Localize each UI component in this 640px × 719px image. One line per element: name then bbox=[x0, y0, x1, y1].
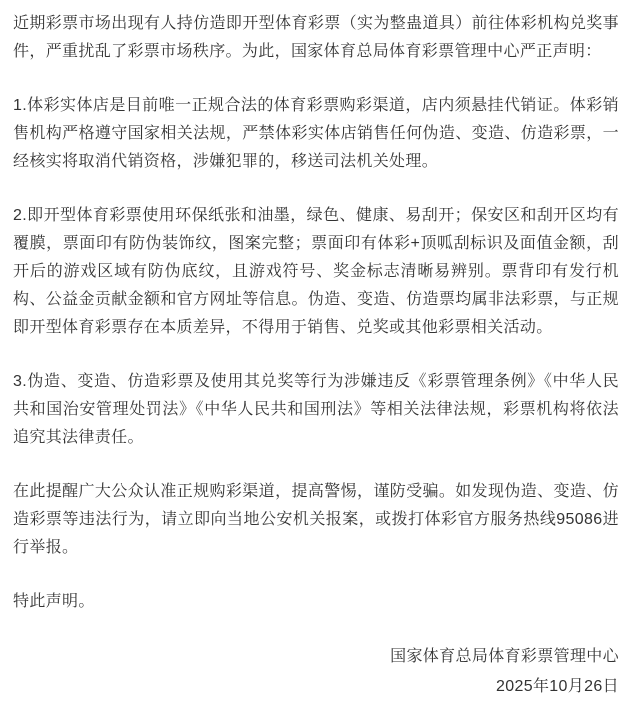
closing-statement: 特此声明。 bbox=[13, 588, 619, 616]
signature-block: 国家体育总局体育彩票管理中心 2025年10月26日 bbox=[13, 642, 619, 702]
signature-org: 国家体育总局体育彩票管理中心 bbox=[13, 642, 619, 672]
signature-date: 2025年10月26日 bbox=[13, 672, 619, 702]
statement-document: 近期彩票市场出现有人持仿造即开型体育彩票（实为整蛊道具）前往体彩机构兑奖事件，严… bbox=[0, 0, 640, 702]
statement-item-3: 3.伪造、变造、仿造彩票及使用其兑奖等行为涉嫌违反《彩票管理条例》《中华人民共和… bbox=[13, 368, 619, 452]
statement-item-1: 1.体彩实体店是目前唯一正规合法的体育彩票购彩渠道，店内须悬挂代销证。体彩销售机… bbox=[13, 92, 619, 176]
statement-intro-paragraph: 近期彩票市场出现有人持仿造即开型体育彩票（实为整蛊道具）前往体彩机构兑奖事件，严… bbox=[13, 10, 619, 66]
public-reminder-paragraph: 在此提醒广大公众认准正规购彩渠道，提高警惕，谨防受骗。如发现伪造、变造、仿造彩票… bbox=[13, 478, 619, 562]
statement-item-2: 2.即开型体育彩票使用环保纸张和油墨，绿色、健康、易刮开；保安区和刮开区均有覆膜… bbox=[13, 202, 619, 342]
